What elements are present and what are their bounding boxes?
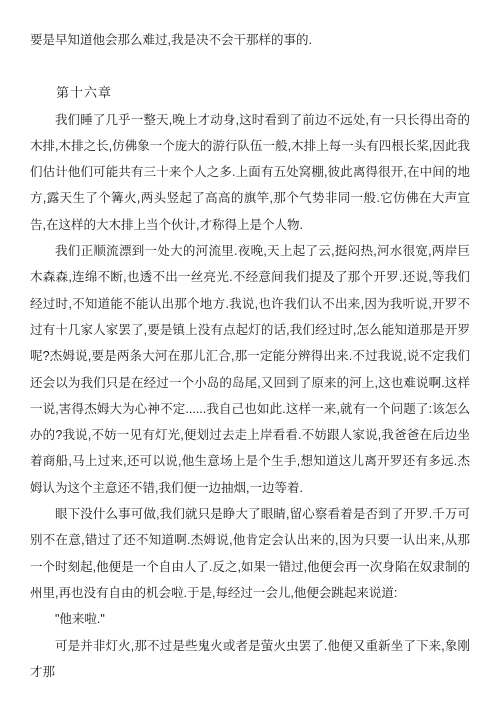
body-paragraph-2: 我们正顺流漂到一处大的河流里.夜晚,天上起了云,挺闷热,河水很宽,两岸巨木森森,… xyxy=(30,238,470,501)
continued-paragraph: 要是早知道他会那么难过,我是决不会干那样的事的. xyxy=(30,27,470,53)
dialogue-line: "他来啦." xyxy=(30,606,470,632)
book-page: 要是早知道他会那么难过,我是决不会干那样的事的. 第十六章 我们睡了几乎一整天,… xyxy=(0,0,500,707)
body-paragraph-3: 眼下没什么事可做,我们就只是睁大了眼睛,留心察看着是否到了开罗.千万可别不在意,… xyxy=(30,501,470,606)
body-paragraph-1: 我们睡了几乎一整天,晚上才动身,这时看到了前边不远处,有一只长得出奇的木排,木排… xyxy=(30,107,470,238)
body-paragraph-4: 可是并非灯火,那不过是些鬼火或者是萤火虫罢了.他便又重新坐了下来,象刚才那 xyxy=(30,633,470,686)
chapter-heading: 第十六章 xyxy=(30,80,470,106)
